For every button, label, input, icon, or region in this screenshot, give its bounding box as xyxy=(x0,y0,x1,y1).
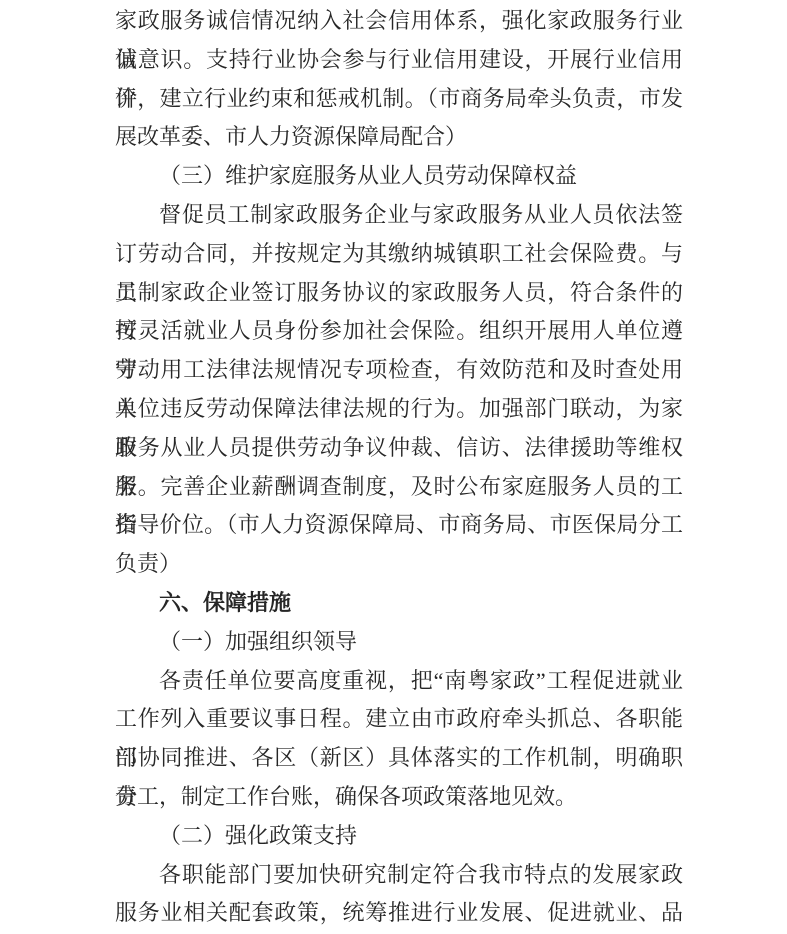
text-line: 负责） xyxy=(115,545,683,584)
sub-heading: （三）维护家庭服务从业人员劳动保障权益 xyxy=(115,157,683,196)
text-line: 门协同推进、各区（新区）具体落实的工作机制，明确职责 xyxy=(115,739,683,778)
text-line: 订劳动合同，并按规定为其缴纳城镇职工社会保险费。与员 xyxy=(115,235,683,274)
section-heading: 六、保障措施 xyxy=(115,584,683,623)
sub-heading: （二）强化政策支持 xyxy=(115,817,683,856)
document-body: 家政服务诚信情况纳入社会信用体系，强化家政服务行业诚信意识。支持行业协会参与行业… xyxy=(115,2,683,933)
text-line: 单位违反劳动保障法律法规的行为。加强部门联动，为家政 xyxy=(115,390,683,429)
text-line: 工制家政企业签订服务协议的家政服务人员，符合条件的可 xyxy=(115,274,683,313)
text-line: 按灵活就业人员身份参加社会保险。组织开展用人单位遵守 xyxy=(115,312,683,351)
text-line: 服务从业人员提供劳动争议仲裁、信访、法律援助等维权服 xyxy=(115,429,683,468)
text-line: 劳动用工法律法规情况专项检查，有效防范和及时查处用人 xyxy=(115,351,683,390)
text-line: 指导价位。（市人力资源保障局、市商务局、市医保局分工 xyxy=(115,506,683,545)
text-line: 家政服务诚信情况纳入社会信用体系，强化家政服务行业诚 xyxy=(115,2,683,41)
text-line: 工作列入重要议事日程。建立由市政府牵头抓总、各职能部 xyxy=(115,700,683,739)
sub-heading: （一）加强组织领导 xyxy=(115,623,683,662)
text-line: 价，建立行业约束和惩戒机制。（市商务局牵头负责，市发 xyxy=(115,80,683,119)
text-line: 分工，制定工作台账，确保各项政策落地见效。 xyxy=(115,778,683,817)
text-line: 各职能部门要加快研究制定符合我市特点的发展家政 xyxy=(115,856,683,895)
text-line: 务。完善企业薪酬调查制度，及时公布家庭服务人员的工资 xyxy=(115,468,683,507)
text-line: 各责任单位要高度重视，把“南粤家政”工程促进就业 xyxy=(115,662,683,701)
text-line: 督促员工制家政服务企业与家政服务从业人员依法签 xyxy=(115,196,683,235)
text-line: 信意识。支持行业协会参与行业信用建设，开展行业信用评 xyxy=(115,41,683,80)
document-page: 家政服务诚信情况纳入社会信用体系，强化家政服务行业诚信意识。支持行业协会参与行业… xyxy=(0,0,787,934)
text-line: 展改革委、市人力资源保障局配合） xyxy=(115,118,683,157)
text-line: 服务业相关配套政策，统筹推进行业发展、促进就业、品牌 xyxy=(115,894,683,933)
